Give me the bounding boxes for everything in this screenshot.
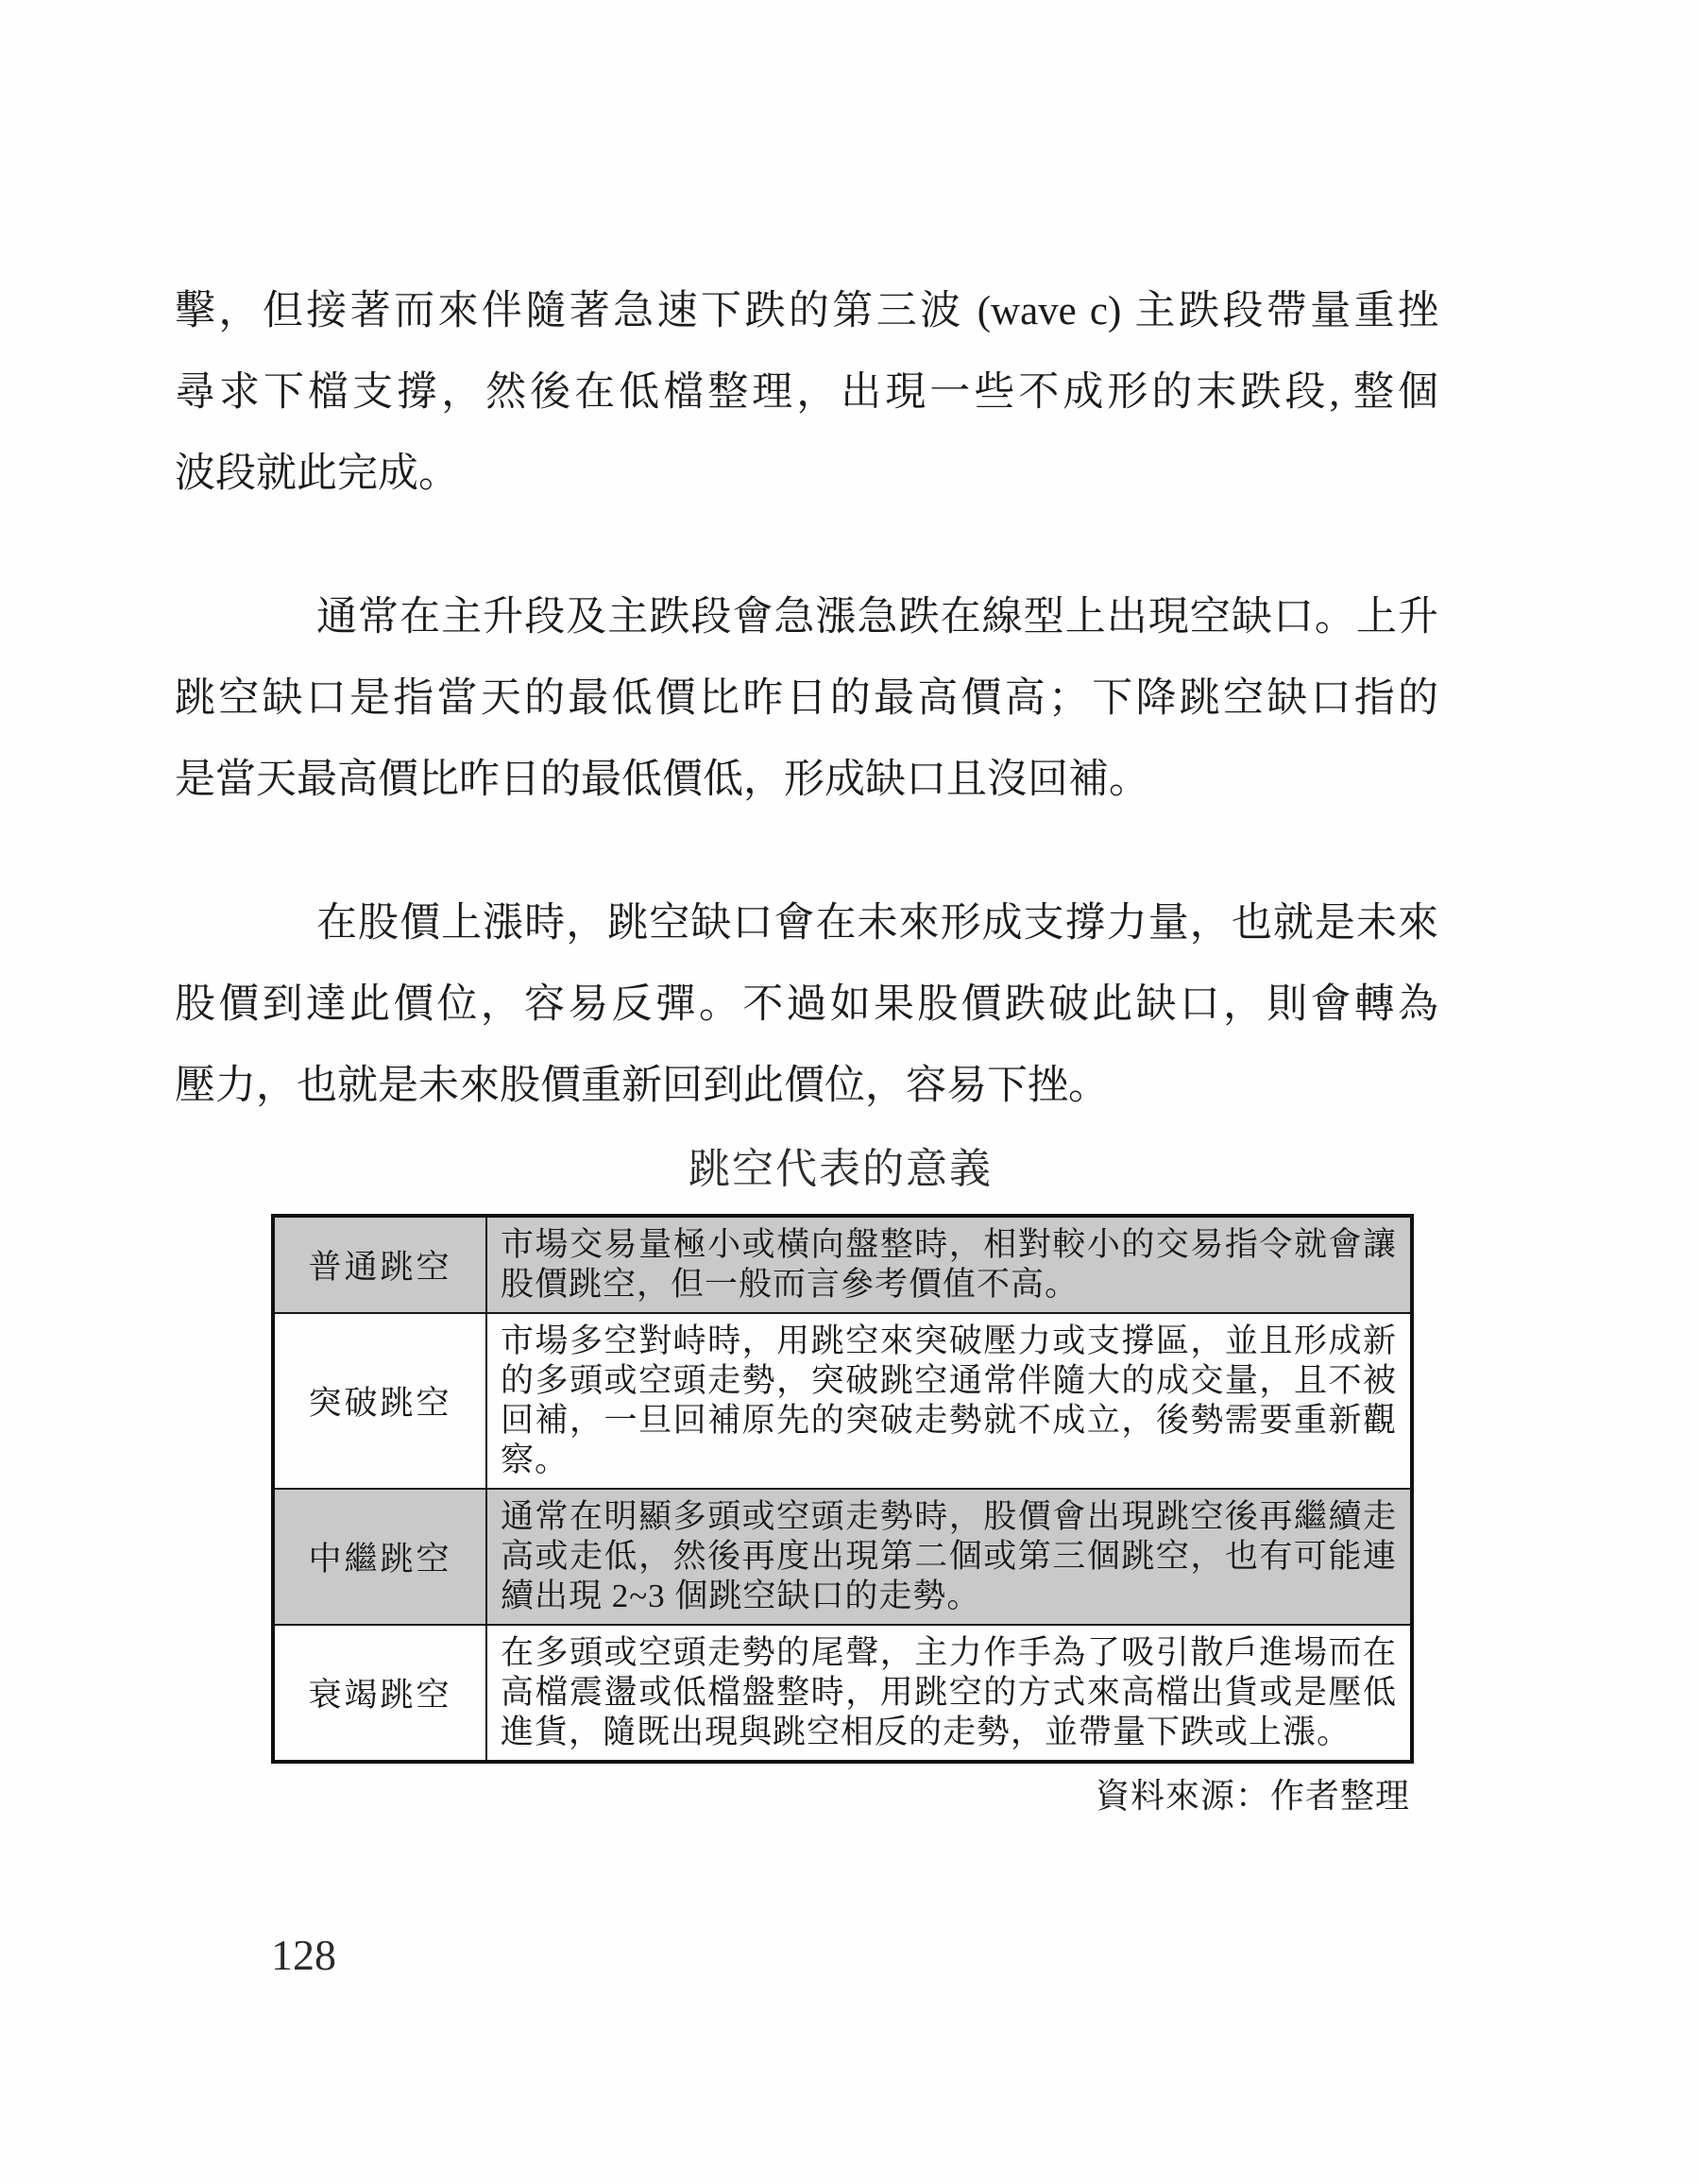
gap-description: 在多頭或空頭走勢的尾聲，主力作手為了吸引散戶進場而在 高檔震盪或低檔盤整時，用跳… [486,1625,1412,1762]
text-line: 股價到達此價位，容易反彈。不過如果股價跌破此缺口，則會轉為 [175,964,1438,1046]
text-line: 高或走低，然後再度出現第二個或第三個跳空，也有可能連 [501,1537,1397,1577]
text-line: 跳空缺口是指當天的最低價比昨日的最高價高；下降跳空缺口指的 [175,658,1438,740]
text-line: 通常在主升段及主跌段會急漲急跌在線型上出現空缺口。上升 [175,577,1438,658]
source-note: 資料來源：作者整理 [271,1774,1410,1817]
text-line: 進貨，隨既出現與跳空相反的走勢，並帶量下跌或上漲。 [501,1713,1397,1752]
text-line: 在多頭或空頭走勢的尾聲，主力作手為了吸引散戶進場而在 [501,1633,1397,1673]
text-line: 高檔震盪或低檔盤整時，用跳空的方式來高檔出貨或是壓低 [501,1673,1397,1713]
text-line: 股價跳空，但一般而言參考價值不高。 [501,1265,1397,1305]
text-line: 回補，一旦回補原先的突破走勢就不成立，後勢需要重新觀 [501,1401,1397,1441]
paragraph-1: 擊，但接著而來伴隨著急速下跌的第三波 (wave c) 主跌段帶量重挫 尋求下檔… [175,271,1438,515]
text-line: 是當天最高價比昨日的最低價低，形成缺口且沒回補。 [175,740,1438,821]
gap-type-label: 中繼跳空 [273,1489,486,1625]
page-number: 128 [271,1929,336,1982]
gap-type-label: 突破跳空 [273,1313,486,1489]
gap-description: 市場多空對峙時，用跳空來突破壓力或支撐區，並且形成新 的多頭或空頭走勢，突破跳空… [486,1313,1412,1489]
body-text: 擊，但接著而來伴隨著急速下跌的第三波 (wave c) 主跌段帶量重挫 尋求下檔… [175,271,1438,1189]
table-title: 跳空代表的意義 [271,1145,1410,1194]
book-page: 擊，但接著而來伴隨著急速下跌的第三波 (wave c) 主跌段帶量重挫 尋求下檔… [0,0,1700,2184]
gap-meaning-table: 普通跳空 市場交易量極小或橫向盤整時，相對較小的交易指令就會讓 股價跳空，但一般… [271,1214,1414,1764]
text-line: 尋求下檔支撐，然後在低檔整理，出現一些不成形的末跌段, 整個 [175,352,1438,434]
table-row-breakaway-gap: 突破跳空 市場多空對峙時，用跳空來突破壓力或支撐區，並且形成新 的多頭或空頭走勢… [273,1313,1412,1489]
text-line: 通常在明顯多頭或空頭走勢時，股價會出現跳空後再繼續走 [501,1497,1397,1537]
table-row-common-gap: 普通跳空 市場交易量極小或橫向盤整時，相對較小的交易指令就會讓 股價跳空，但一般… [273,1216,1412,1313]
text-line: 察。 [501,1441,1397,1480]
paragraph-3: 在股價上漲時，跳空缺口會在未來形成支撐力量，也就是未來 股價到達此價位，容易反彈… [175,883,1438,1127]
gap-type-label: 普通跳空 [273,1216,486,1313]
paragraph-2: 通常在主升段及主跌段會急漲急跌在線型上出現空缺口。上升 跳空缺口是指當天的最低價… [175,577,1438,821]
text-line: 在股價上漲時，跳空缺口會在未來形成支撐力量，也就是未來 [175,883,1438,964]
text-line: 市場交易量極小或橫向盤整時，相對較小的交易指令就會讓 [501,1225,1397,1265]
table-row-exhaustion-gap: 衰竭跳空 在多頭或空頭走勢的尾聲，主力作手為了吸引散戶進場而在 高檔震盪或低檔盤… [273,1625,1412,1762]
text-line: 市場多空對峙時，用跳空來突破壓力或支撐區，並且形成新 [501,1322,1397,1361]
gap-description: 通常在明顯多頭或空頭走勢時，股價會出現跳空後再繼續走 高或走低，然後再度出現第二… [486,1489,1412,1625]
text-line: 的多頭或空頭走勢，突破跳空通常伴隨大的成交量，且不被 [501,1361,1397,1401]
gap-type-label: 衰竭跳空 [273,1625,486,1762]
gap-description: 市場交易量極小或橫向盤整時，相對較小的交易指令就會讓 股價跳空，但一般而言參考價… [486,1216,1412,1313]
text-line: 續出現 2~3 個跳空缺口的走勢。 [501,1577,1397,1616]
table-row-runaway-gap: 中繼跳空 通常在明顯多頭或空頭走勢時，股價會出現跳空後再繼續走 高或走低，然後再… [273,1489,1412,1625]
text-line: 擊，但接著而來伴隨著急速下跌的第三波 (wave c) 主跌段帶量重挫 [175,271,1438,352]
text-line: 波段就此完成。 [175,434,1438,515]
text-line: 壓力，也就是未來股價重新回到此價位，容易下挫。 [175,1046,1438,1127]
